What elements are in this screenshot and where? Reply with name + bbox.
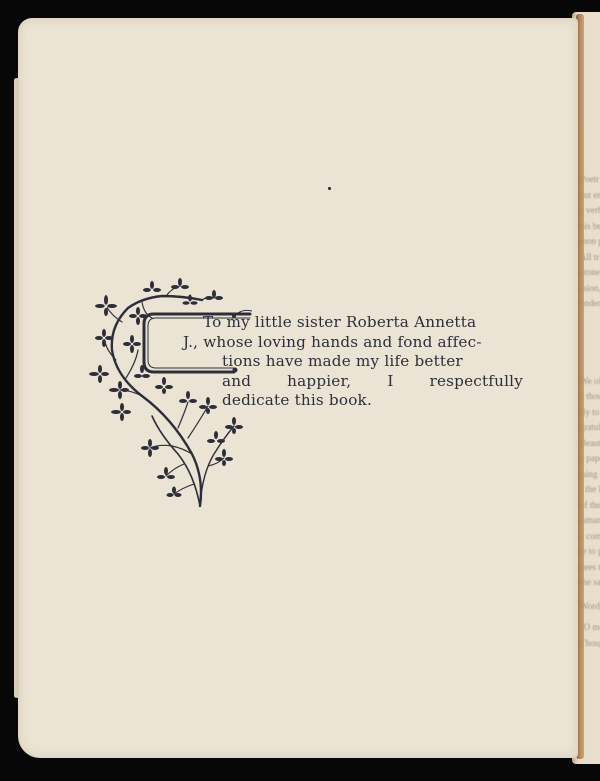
dedication-text: To my little sister Roberta Annetta J., … — [183, 313, 523, 411]
dedication-line-5: dedicate this book. — [183, 391, 523, 411]
dedication-line-1: To my little sister Roberta Annetta — [183, 313, 523, 333]
dedication-line-2: J., whose loving hands and fond affec- — [183, 333, 523, 353]
paper-speck — [328, 187, 331, 190]
dedication-line-4: and happier, I respectfully — [183, 372, 523, 392]
dedication-line-3: tions have made my life better — [183, 352, 523, 372]
